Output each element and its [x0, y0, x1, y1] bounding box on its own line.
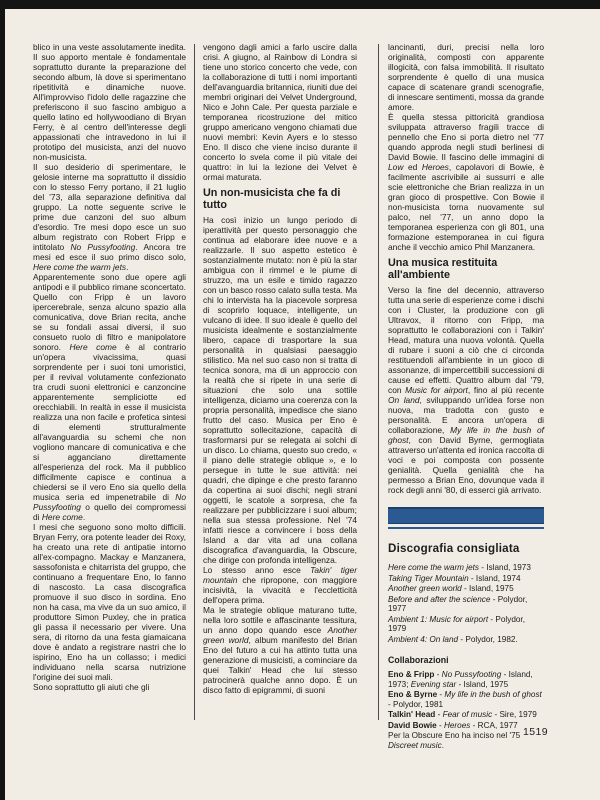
collaborations-heading: Collaborazioni [388, 655, 544, 665]
body-paragraph: Verso la fine del decennio, attraverso t… [388, 285, 544, 495]
body-paragraph: Sono soprattutto gli aiuti che gli [33, 682, 186, 692]
discography-entry: Talkin' Head - Fear of music - Sire, 197… [388, 710, 544, 720]
column-divider-2 [378, 44, 379, 720]
scan-edge-top [0, 0, 600, 9]
body-paragraph: I mesi che seguono sono molto difficili.… [33, 522, 186, 682]
body-paragraph: Il suo desiderio di sperimentare, le gel… [33, 162, 186, 272]
section-heading: Una musica restituita all'ambiente [388, 257, 544, 281]
body-paragraph: vengono dagli amici a farlo uscire dalla… [203, 42, 357, 182]
discography-entry: Eno & Byrne - My life in the bush of gho… [388, 690, 544, 709]
body-paragraph: Ha così inizio un lungo periodo di ipera… [203, 215, 357, 565]
column-divider-1 [194, 44, 195, 720]
discography-entry: Taking Tiger Mountain - Island, 1974 [388, 574, 544, 584]
section-divider-bar [388, 507, 544, 524]
section-divider-rule [388, 527, 544, 529]
discography-entry: Ambient 4: On land - Polydor, 1982. [388, 635, 544, 645]
discography-entry: Ambient 1: Music for airport - Polydor, … [388, 615, 544, 634]
body-paragraph: lancinanti, duri, precisi nella loro ori… [388, 42, 544, 112]
text-column-1: blico in una veste assolutamente inedita… [33, 42, 186, 692]
discography-title: Discografia consigliata [388, 542, 544, 555]
section-heading: Un non-musicista che fa di tutto [203, 187, 357, 211]
body-paragraph: È quella stessa pittoricità grandiosa sv… [388, 112, 544, 252]
discography-entry: Here come the warm jets - Island, 1973 [388, 563, 544, 573]
scan-edge-left [0, 0, 5, 800]
body-paragraph: Ma le strategie oblique maturano tutte, … [203, 605, 357, 695]
body-paragraph: blico in una veste assolutamente inedita… [33, 42, 186, 162]
text-column-3: lancinanti, duri, precisi nella loro ori… [388, 42, 544, 751]
magazine-page: blico in una veste assolutamente inedita… [0, 0, 600, 800]
text-column-2: vengono dagli amici a farlo uscire dalla… [203, 42, 357, 695]
discography-entry: Before and after the science - Polydor, … [388, 595, 544, 614]
page-number: 1519 [388, 726, 548, 738]
body-paragraph: Apparentemente sono due opere agli antip… [33, 272, 186, 522]
discography-entry: Eno & Fripp - No Pussyfooting - Island, … [388, 670, 544, 689]
discography-entry: Another green world - Island, 1975 [388, 584, 544, 594]
body-paragraph: Lo stesso anno esce Takin' tiger mountai… [203, 565, 357, 605]
